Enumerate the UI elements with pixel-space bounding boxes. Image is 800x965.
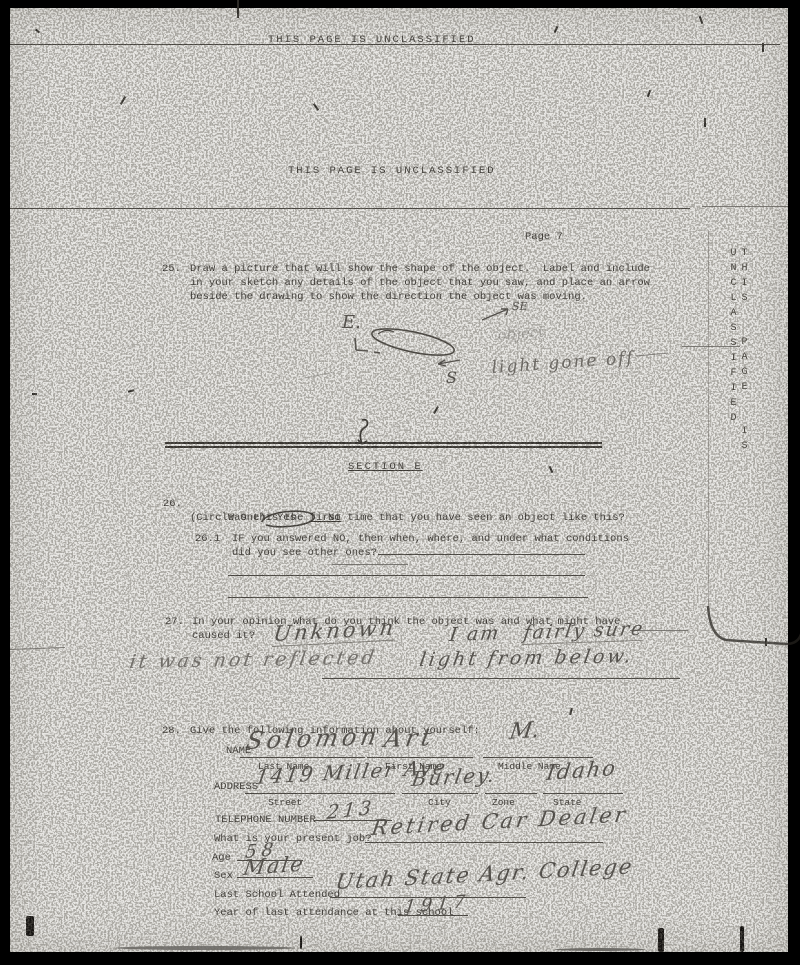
name-last-value: Solomon <box>244 722 383 755</box>
q26-1-blank-line-1 <box>228 575 585 576</box>
direction-arrow-west <box>438 360 460 366</box>
q28-number: 28. <box>162 724 181 738</box>
q27-line2: caused it? <box>192 629 255 643</box>
name-middle-value: M. <box>508 718 541 745</box>
address-state-value: Idaho <box>545 756 619 785</box>
q27-answer-unknown: Unknown <box>272 615 398 647</box>
q26-number: 26. <box>163 497 182 511</box>
q27-number: 27. <box>165 615 184 629</box>
q26-text-post: time that you have seen an object like t… <box>341 512 625 524</box>
sex-value: Male <box>242 851 306 880</box>
address-city-line <box>402 793 478 794</box>
annotation-dash <box>636 353 668 356</box>
sketch-east-label: E. <box>341 312 361 333</box>
q27-trailing-dash <box>630 630 688 631</box>
scanned-document: THIS PAGE IS UNCLASSIFIED THIS PAGE IS U… <box>0 0 800 965</box>
paper-sheet: THIS PAGE IS UNCLASSIFIED THIS PAGE IS U… <box>10 8 788 952</box>
q26-1-line2: did you see other ones? <box>232 546 377 560</box>
section-title: SECTION E <box>348 460 423 474</box>
stray-stroke <box>304 372 334 378</box>
year-value: 1917 <box>403 891 471 918</box>
sex-line <box>237 877 313 878</box>
name-first-value: Art <box>382 723 437 753</box>
year-line <box>398 915 468 916</box>
telephone-label: TELEPHONE NUMBER <box>215 813 316 827</box>
q25-number: 25. <box>162 262 181 276</box>
job-line <box>365 842 603 843</box>
sketch-annotation-faint: object <box>497 323 546 344</box>
sketch-annotation: light gone off <box>491 348 636 378</box>
q26-no-option: No <box>328 511 341 525</box>
q26-1-answer-line <box>378 554 585 555</box>
object-ellipse <box>370 323 456 360</box>
address-label: ADDRESS <box>214 780 258 794</box>
divider-line <box>10 208 690 209</box>
margin-bracket <box>698 604 800 654</box>
q25-line1: Draw a picture that will show the shape … <box>190 262 650 276</box>
q27-answer-line2b: light from below. <box>418 645 635 671</box>
banner-side-vertical: THIS PAGE IS UNCLASSIFIED <box>728 248 750 593</box>
sex-label: Sex <box>214 869 233 883</box>
q27-underline <box>322 678 680 679</box>
address-state-line <box>543 793 623 794</box>
age-label: Age <box>212 851 231 865</box>
sketch-direction-label: SE <box>512 300 528 313</box>
address-zone-line <box>485 793 537 794</box>
school-label: Last School Attended <box>214 888 340 902</box>
noise-overlay <box>10 8 788 952</box>
ufo-sketch: E. SE S object light gone off <box>300 298 690 413</box>
q27-answer-iam: I am <box>448 622 502 646</box>
q26-1-blank-line-2 <box>228 597 588 598</box>
name-last-line <box>240 757 365 758</box>
banner-top: THIS PAGE IS UNCLASSIFIED <box>268 33 476 47</box>
object-ellipse-hook <box>378 330 394 334</box>
page-number: Page 7 <box>525 230 563 244</box>
school-value: Utah State Agr. College <box>334 854 635 894</box>
address-street-line <box>245 793 395 794</box>
address-sub-street: Street <box>268 796 302 810</box>
banner-second: THIS PAGE IS UNCLASSIFIED <box>288 164 496 178</box>
margin-vertical-line <box>708 230 709 612</box>
q26-1-number: 26.1 <box>195 532 220 546</box>
margin-dash <box>10 647 65 650</box>
section-double-rule <box>165 442 602 448</box>
sketch-south-label: S <box>446 368 457 387</box>
q27-answer-fairlysure: fairly sure <box>522 618 646 645</box>
address-city-value: Burley. <box>410 762 498 791</box>
direction-arrow-ne <box>482 309 508 320</box>
yes-circled-mark <box>256 504 322 532</box>
stray-stroke-line <box>332 564 408 565</box>
q26-1-line1: IF you answered NO, then when, where, an… <box>232 532 629 546</box>
q25-line2: in your sketch any details of the object… <box>190 276 650 290</box>
q27-answer-line2a: it was not reflected <box>128 647 378 673</box>
job-label: What is your present job? <box>214 832 372 846</box>
divider-line-right <box>702 206 788 207</box>
address-sub-city: City <box>428 796 451 810</box>
west-mark <box>355 338 380 362</box>
